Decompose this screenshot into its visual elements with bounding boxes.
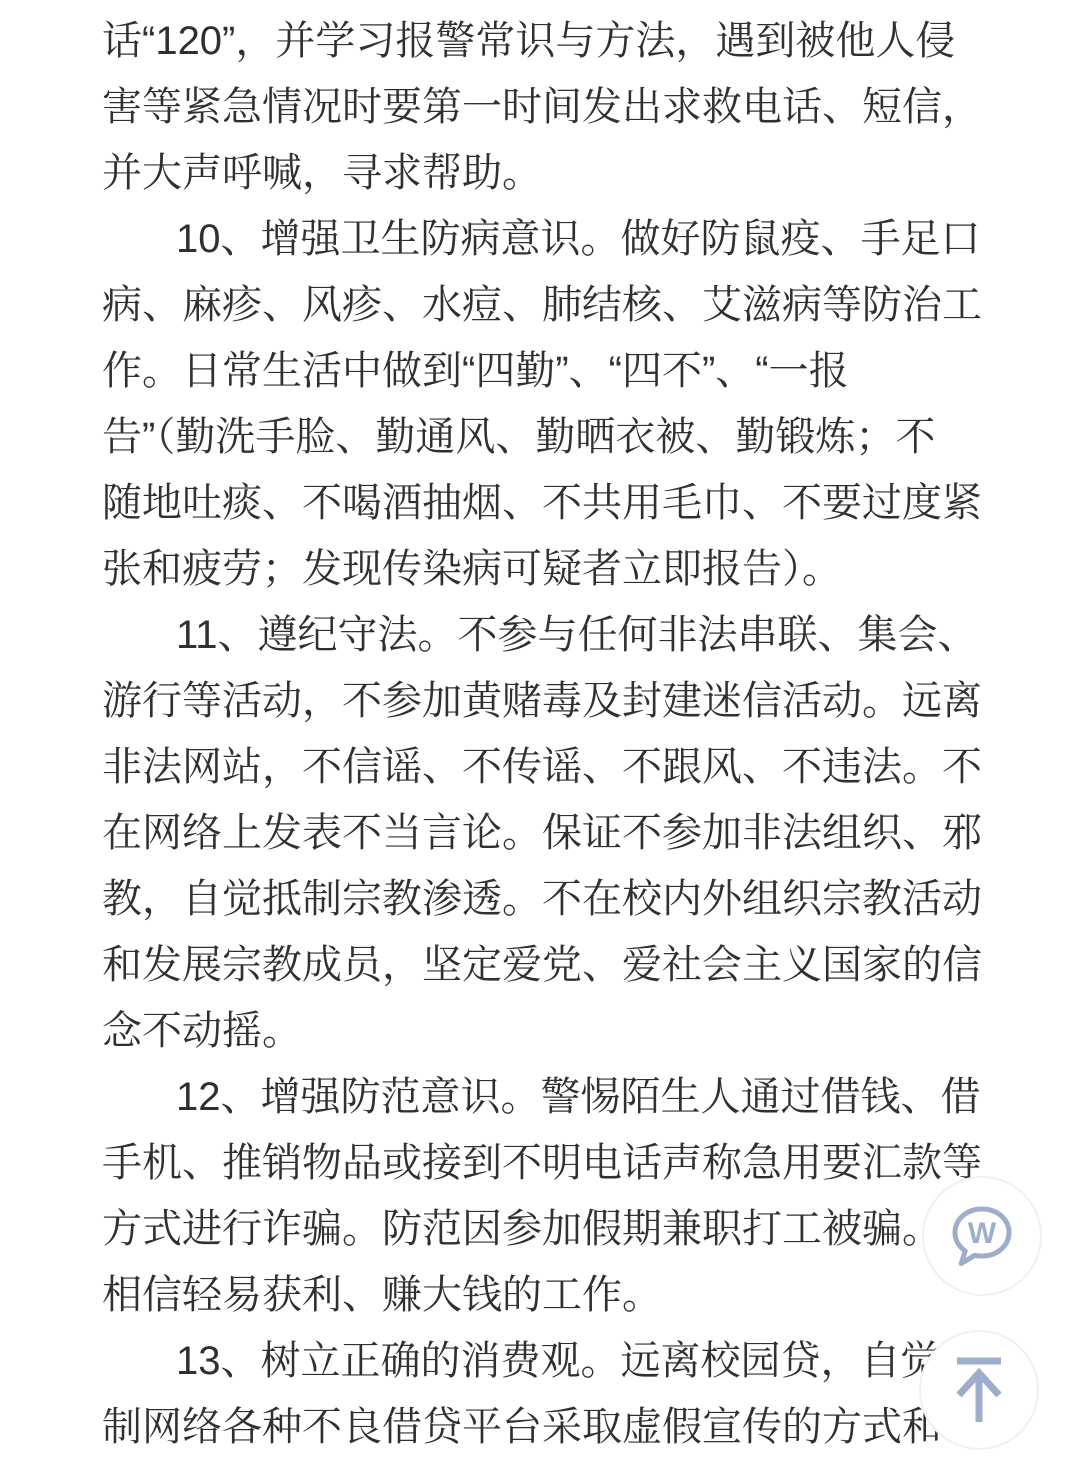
text-line: 话“120”，并学习报警常识与方法，遇到被他人侵 — [102, 8, 992, 74]
text-line: 作。日常生活中做到“四勤”、“四不”、“一报 — [102, 338, 992, 404]
document-page: 话“120”，并学习报警常识与方法，遇到被他人侵害等紧急情况时要第一时间发出求救… — [0, 0, 1080, 1463]
text-line: 相信轻易获利、赚大钱的工作。 — [102, 1262, 992, 1328]
text-line: 非法网站，不信谣、不传谣、不跟风、不违法。不 — [102, 734, 992, 800]
text-line: 张和疲劳；发现传染病可疑者立即报告）。 — [102, 536, 992, 602]
wechat-comment-icon: W — [948, 1202, 1016, 1270]
text-line: 并大声呼喊，寻求帮助。 — [102, 140, 992, 206]
back-to-top-fab-button[interactable] — [919, 1330, 1039, 1450]
document-text: 话“120”，并学习报警常识与方法，遇到被他人侵害等紧急情况时要第一时间发出求救… — [102, 8, 992, 1460]
text-line: 病、麻疹、风疹、水痘、肺结核、艾滋病等防治工 — [102, 272, 992, 338]
text-line: 在网络上发表不当言论。保证不参加非法组织、邪 — [102, 800, 992, 866]
text-line: 害等紧急情况时要第一时间发出求救电话、短信， — [102, 74, 992, 140]
text-line: 手机、推销物品或接到不明电话声称急用要汇款等 — [102, 1130, 992, 1196]
text-line: 和发展宗教成员，坚定爱党、爱社会主义国家的信 — [102, 932, 992, 998]
text-line: 12、增强防范意识。警惕陌生人通过借钱、借 — [102, 1064, 992, 1130]
text-line: 11、遵纪守法。不参与任何非法串联、集会、 — [102, 602, 992, 668]
text-line: 游行等活动，不参加黄赌毒及封建迷信活动。远离 — [102, 668, 992, 734]
text-line: 告”（勤洗手脸、勤通风、勤晒衣被、勤锻炼；不 — [102, 404, 992, 470]
text-line: 念不动摇。 — [102, 998, 992, 1064]
text-line: 制网络各种不良借贷平台采取虚假宣传的方式和 — [102, 1394, 992, 1460]
text-line: 10、增强卫生防病意识。做好防鼠疫、手足口 — [102, 206, 992, 272]
text-line: 随地吐痰、不喝酒抽烟、不共用毛巾、不要过度紧 — [102, 470, 992, 536]
text-line: 教，自觉抵制宗教渗透。不在校内外组织宗教活动 — [102, 866, 992, 932]
text-line: 13、树立正确的消费观。远离校园贷，自觉 — [102, 1328, 992, 1394]
comment-fab-button[interactable]: W — [922, 1176, 1042, 1296]
text-line: 方式进行诈骗。防范因参加假期兼职打工被骗。 — [102, 1196, 992, 1262]
comment-icon-letter: W — [968, 1217, 997, 1250]
back-to-top-icon — [943, 1352, 1015, 1428]
